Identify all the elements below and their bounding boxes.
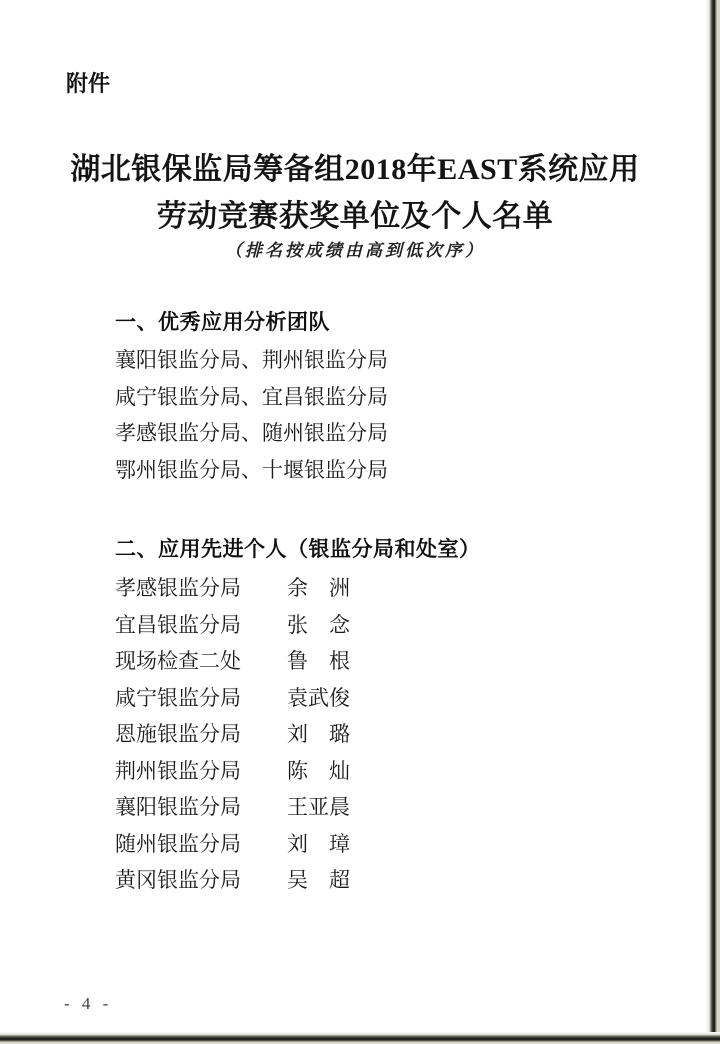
- document-subtitle: （排名按成绩由高到低次序）: [20, 240, 690, 262]
- winner-org: 咸宁银监分局: [115, 680, 287, 717]
- document-title-line-2: 劳动竞赛获奖单位及个人名单: [20, 193, 690, 240]
- winner-name: 刘 璋: [287, 826, 680, 863]
- winner-name: 吴 超: [287, 862, 680, 899]
- winner-org: 宜昌银监分局: [115, 607, 287, 644]
- winner-row: 黄冈银监分局 吴 超: [115, 862, 680, 899]
- winner-name: 袁武俊: [287, 680, 680, 717]
- winner-org: 孝感银监分局: [115, 570, 287, 607]
- winner-row: 恩施银监分局 刘 璐: [115, 716, 680, 753]
- winner-row: 荆州银监分局 陈 灿: [115, 753, 680, 790]
- scan-edge-bottom: [0, 1032, 720, 1044]
- document-title: 湖北银保监局筹备组2018年EAST系统应用 劳动竞赛获奖单位及个人名单: [20, 146, 690, 240]
- document-body: 一、优秀应用分析团队 襄阳银监分局、荆州银监分局 咸宁银监分局、宜昌银监分局 孝…: [115, 311, 680, 899]
- winner-name: 余 洲: [287, 570, 680, 607]
- team-line: 孝感银监分局、随州银监分局: [115, 415, 680, 452]
- section-2-heading: 二、应用先进个人（银监分局和处室）: [115, 538, 680, 562]
- winner-name: 陈 灿: [287, 753, 680, 790]
- winner-org: 荆州银监分局: [115, 753, 287, 790]
- winner-list: 孝感银监分局 余 洲 宜昌银监分局 张 念 现场检查二处 鲁 根 咸宁银监分局 …: [115, 570, 680, 899]
- winner-row: 现场检查二处 鲁 根: [115, 643, 680, 680]
- attachment-label: 附件: [66, 71, 110, 97]
- winner-org: 黄冈银监分局: [115, 862, 287, 899]
- winner-org: 襄阳银监分局: [115, 789, 287, 826]
- winner-org: 随州银监分局: [115, 826, 287, 863]
- team-line: 咸宁银监分局、宜昌银监分局: [115, 379, 680, 416]
- winner-row: 襄阳银监分局 王亚晨: [115, 789, 680, 826]
- winner-row: 随州银监分局 刘 璋: [115, 826, 680, 863]
- winner-org: 恩施银监分局: [115, 716, 287, 753]
- winner-name: 鲁 根: [287, 643, 680, 680]
- document-page: 附件 湖北银保监局筹备组2018年EAST系统应用 劳动竞赛获奖单位及个人名单 …: [0, 0, 720, 1044]
- winner-row: 咸宁银监分局 袁武俊: [115, 680, 680, 717]
- team-line: 鄂州银监分局、十堰银监分局: [115, 452, 680, 489]
- page-number: - 4 -: [64, 994, 112, 1014]
- winner-name: 张 念: [287, 607, 680, 644]
- winner-name: 刘 璐: [287, 716, 680, 753]
- team-line: 襄阳银监分局、荆州银监分局: [115, 342, 680, 379]
- scan-edge-right: [706, 0, 720, 1044]
- team-list: 襄阳银监分局、荆州银监分局 咸宁银监分局、宜昌银监分局 孝感银监分局、随州银监分…: [115, 342, 680, 488]
- document-title-line-1: 湖北银保监局筹备组2018年EAST系统应用: [20, 146, 690, 193]
- winner-row: 孝感银监分局 余 洲: [115, 570, 680, 607]
- winner-org: 现场检查二处: [115, 643, 287, 680]
- winner-row: 宜昌银监分局 张 念: [115, 607, 680, 644]
- section-1-heading: 一、优秀应用分析团队: [115, 311, 680, 335]
- winner-name: 王亚晨: [287, 789, 680, 826]
